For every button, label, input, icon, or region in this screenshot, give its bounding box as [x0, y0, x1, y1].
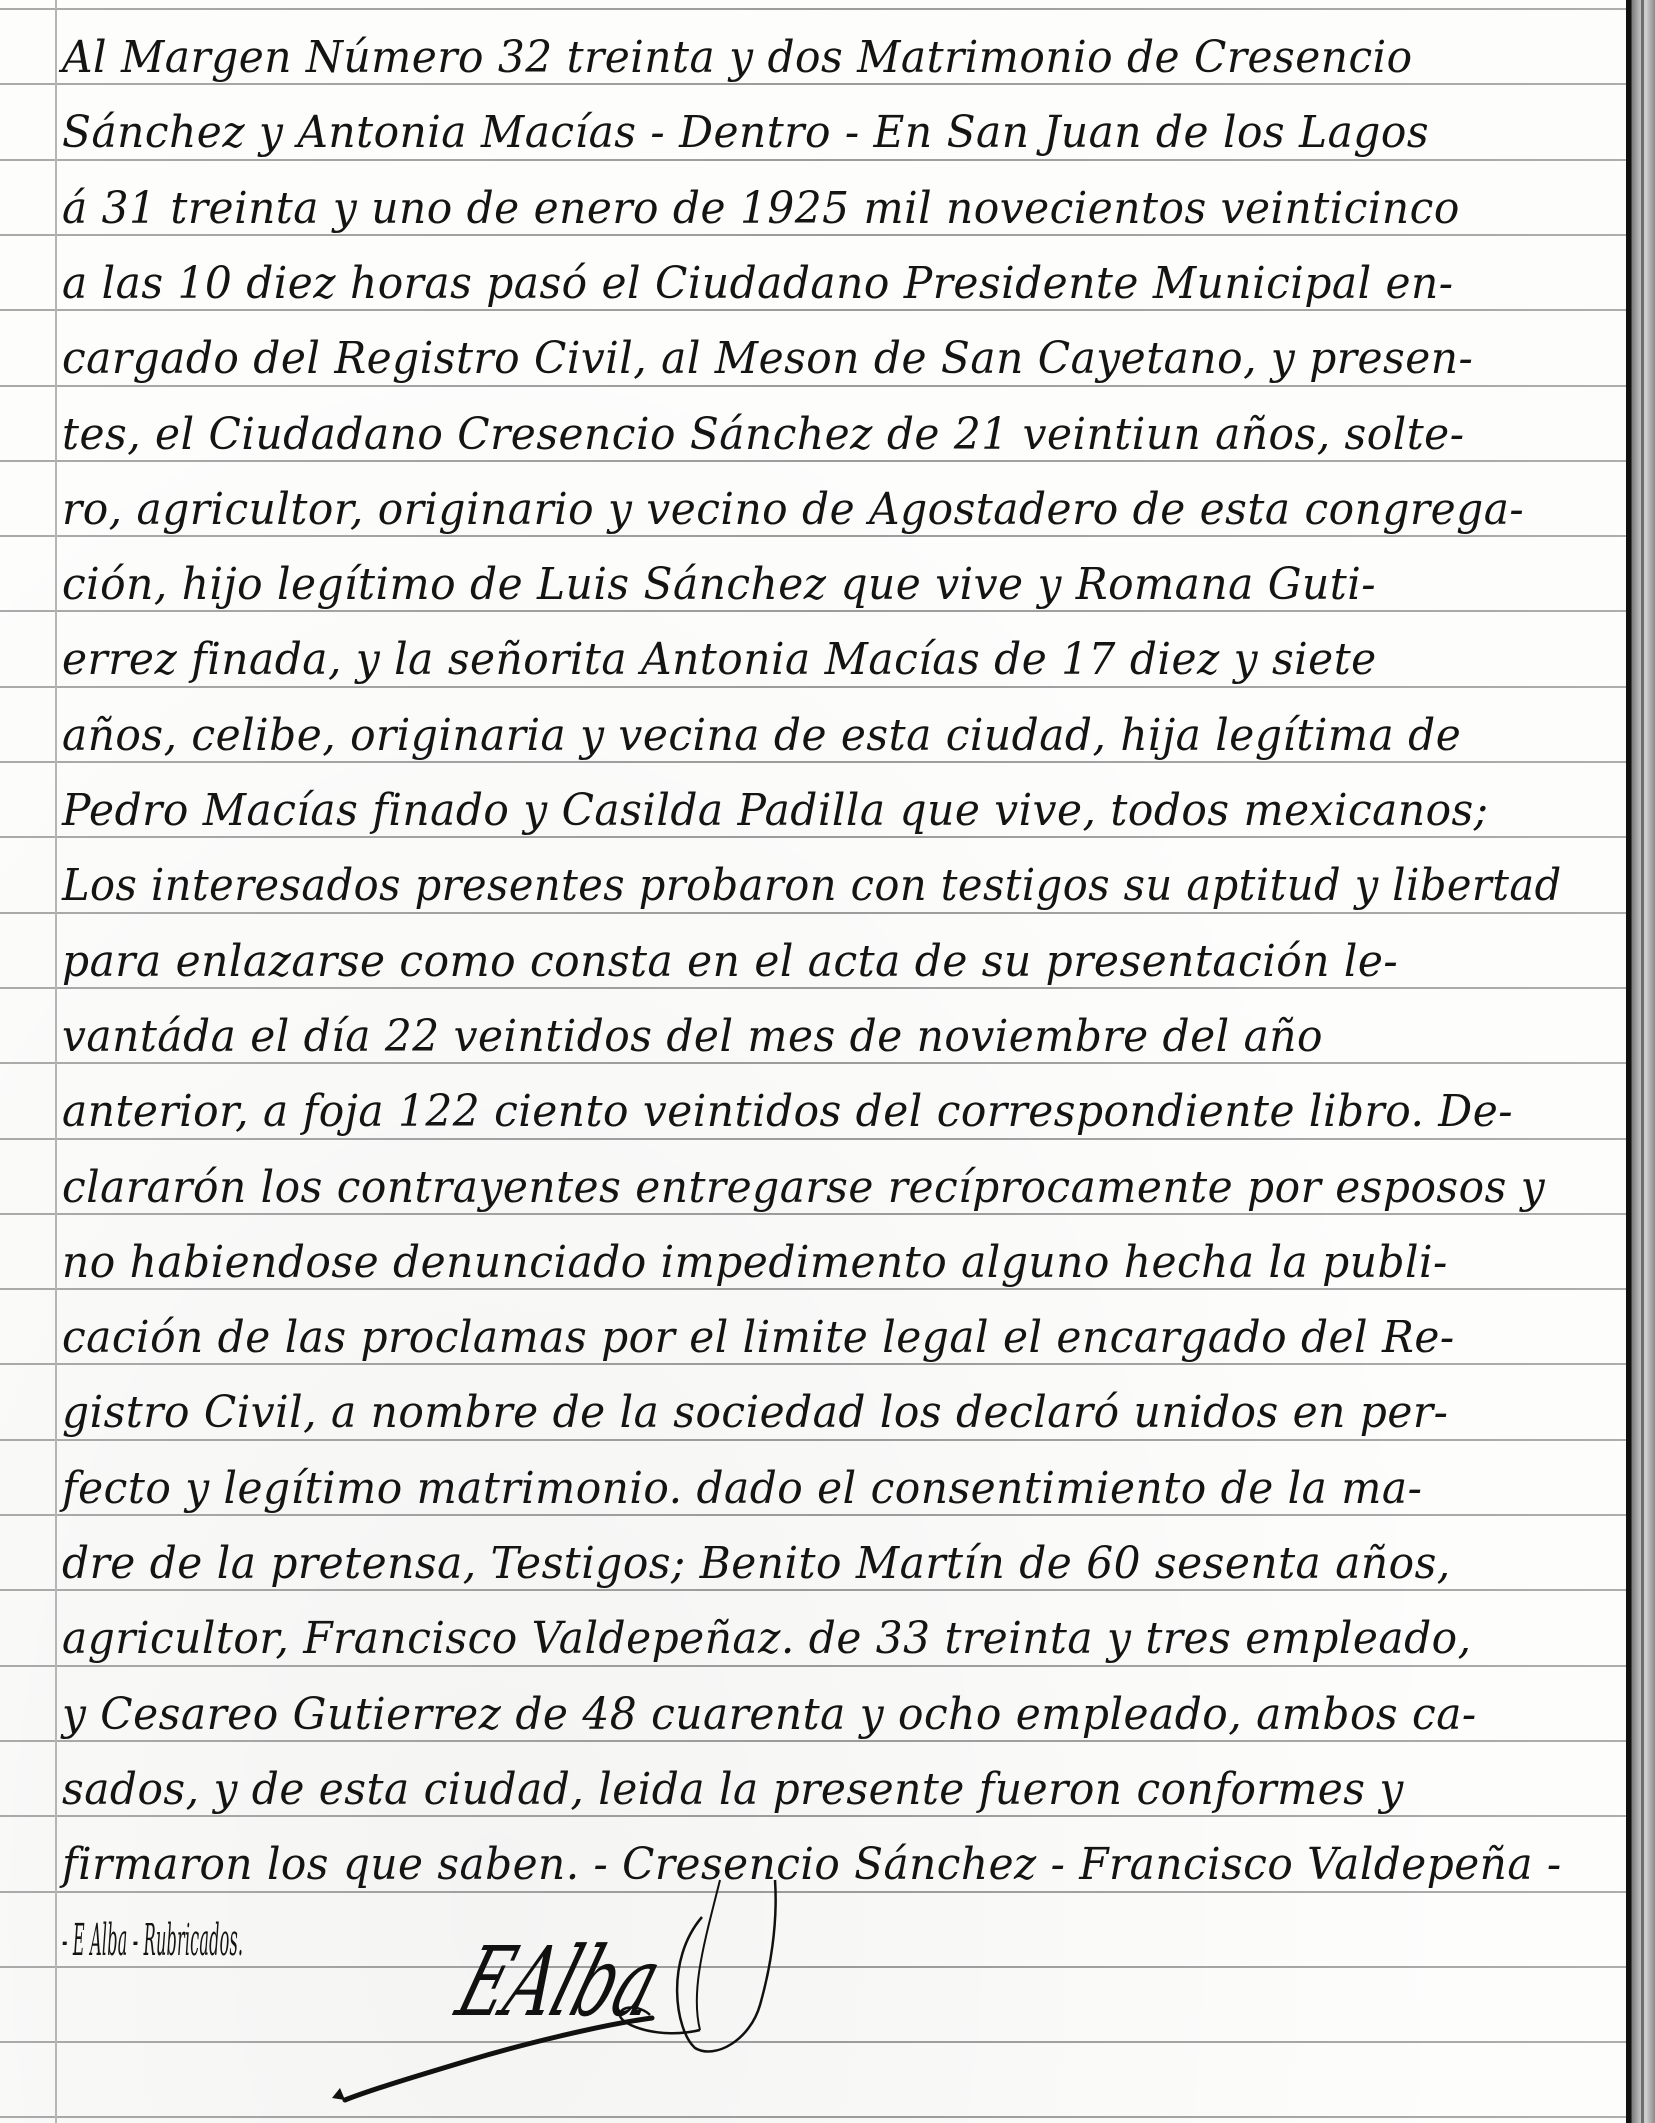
ruled-line — [0, 836, 1640, 838]
text-line: anterior, a foja 122 ciento veintidos de… — [62, 1090, 1562, 1134]
ruled-line — [0, 1363, 1640, 1365]
text-line: gistro Civil, a nombre de la sociedad lo… — [62, 1391, 1562, 1435]
text-line: clararón los contrayentes entregarse rec… — [62, 1166, 1562, 1210]
ruled-line — [0, 535, 1640, 537]
ruled-line — [0, 761, 1640, 763]
text-line: vantáda el día 22 veintidos del mes de n… — [62, 1015, 1562, 1059]
text-line: cargado del Registro Civil, al Meson de … — [62, 337, 1562, 381]
text-line: Al Margen Número 32 treinta y dos Matrim… — [62, 36, 1562, 80]
text-line: cación de las proclamas por el limite le… — [62, 1316, 1562, 1360]
text-line: a las 10 diez horas pasó el Ciudadano Pr… — [62, 262, 1562, 306]
text-line: no habiendose denunciado impedimento alg… — [62, 1241, 1562, 1285]
text-line: años, celibe, originaria y vecina de est… — [62, 714, 1562, 758]
ruled-line — [0, 2116, 1640, 2118]
text-line: sados, y de esta ciudad, leida la presen… — [62, 1768, 1562, 1812]
ruled-line — [0, 309, 1640, 311]
ruled-line — [0, 1665, 1640, 1667]
document-page: Al Margen Número 32 treinta y dos Matrim… — [0, 0, 1655, 2123]
text-line: y Cesareo Gutierrez de 48 cuarenta y och… — [62, 1693, 1562, 1737]
ruled-line — [0, 1439, 1640, 1441]
ruled-line — [0, 159, 1640, 161]
ruled-line — [0, 912, 1640, 914]
text-line: para enlazarse como consta en el acta de… — [62, 940, 1562, 984]
ruled-line — [0, 1891, 1640, 1893]
signature: EAlba — [445, 1928, 674, 2039]
ruled-line — [0, 1213, 1640, 1215]
ruled-line — [0, 987, 1640, 989]
text-line: á 31 treinta y uno de enero de 1925 mil … — [62, 187, 1562, 231]
ruled-line — [0, 83, 1640, 85]
ruled-line — [0, 1815, 1640, 1817]
text-line: errez finada, y la señorita Antonia Mací… — [62, 638, 1562, 682]
text-line: Pedro Macías finado y Casilda Padilla qu… — [62, 789, 1562, 833]
ruled-line — [0, 385, 1640, 387]
text-line: Los interesados presentes probaron con t… — [62, 864, 1535, 908]
ruled-line — [0, 1966, 1640, 1968]
ruled-line — [0, 2041, 1640, 2043]
text-line: fecto y legítimo matrimonio. dado el con… — [62, 1467, 1562, 1511]
ruled-line — [0, 610, 1640, 612]
ruled-line — [0, 1138, 1640, 1140]
binding-line — [1641, 0, 1644, 2123]
left-margin-line — [55, 0, 57, 2123]
ruled-line — [0, 1589, 1640, 1591]
ruled-line — [0, 1288, 1640, 1290]
text-line: Sánchez y Antonia Macías - Dentro - En S… — [62, 111, 1562, 155]
text-line: agricultor, Francisco Valdepeñaz. de 33 … — [62, 1617, 1562, 1661]
text-line: dre de la pretensa, Testigos; Benito Mar… — [62, 1542, 1562, 1586]
text-line: firmaron los que saben. - Cresencio Sánc… — [62, 1843, 1558, 1887]
ruled-line — [0, 8, 1640, 10]
text-line: tes, el Ciudadano Cresencio Sánchez de 2… — [62, 413, 1562, 457]
text-line: ro, agricultor, originario y vecino de A… — [62, 488, 1562, 532]
ruled-line — [0, 1514, 1640, 1516]
ruled-line — [0, 686, 1640, 688]
ruled-line — [0, 460, 1640, 462]
ruled-line — [0, 1062, 1640, 1064]
ruled-line — [0, 1740, 1640, 1742]
ruled-line — [0, 234, 1640, 236]
text-line: ción, hijo legítimo de Luis Sánchez que … — [62, 563, 1562, 607]
